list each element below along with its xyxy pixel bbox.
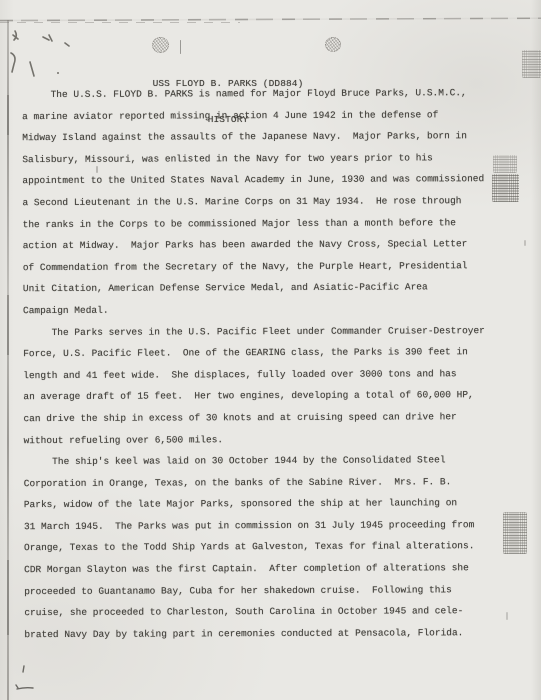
ink-smudge-right-top — [522, 50, 541, 78]
grommet-stamp-icon — [325, 37, 341, 52]
text-line: Corporation in Orange, Texas, on the ban… — [24, 471, 516, 495]
text-line: a Second Lieutenant in the U.S. Marine C… — [22, 190, 514, 214]
text-line: can drive the ship in excess of 30 knots… — [23, 406, 515, 430]
scanned-document-page: { "document": { "title_line1": "USS FLOY… — [0, 0, 541, 700]
text-line: Force, U.S. Pacific Fleet. One of the GE… — [23, 341, 515, 365]
text-line: Salisbury, Missouri, was enlisted in the… — [22, 147, 514, 171]
text-line: the ranks in the Corps to be commissione… — [23, 212, 515, 236]
stray-mark — [524, 240, 526, 246]
text-line: CDR Morgan Slayton was the first Captain… — [24, 557, 516, 581]
paragraph-1: The U.S.S. FLOYD B. PARKS is named for M… — [22, 82, 515, 322]
text-line: Midway Island against the assaults of th… — [22, 125, 514, 149]
document-body: The U.S.S. FLOYD B. PARKS is named for M… — [22, 82, 516, 646]
scan-edge-line-left-dark-segment — [7, 560, 9, 635]
text-line: of Commendation from the Secretary of th… — [23, 255, 515, 279]
text-line: a marine aviator reported missing in act… — [22, 104, 514, 128]
text-line: The Parks serves in the U.S. Pacific Fle… — [23, 320, 515, 344]
pencil-mark-bottom-left — [14, 662, 44, 696]
text-line: an average draft of 15 feet. Her two eng… — [23, 384, 515, 408]
text-line: The ship's keel was laid on 30 October 1… — [24, 449, 516, 473]
text-line: The U.S.S. FLOYD B. PARKS is named for M… — [22, 82, 514, 106]
text-line: brated Navy Day by taking part in ceremo… — [24, 622, 516, 646]
text-line: without refueling over 6,500 miles. — [24, 427, 516, 451]
grommet-stamp-icon — [152, 37, 169, 53]
text-line: 31 March 1945. The Parks was put in comm… — [24, 514, 516, 538]
scan-edge-line-top-secondary — [0, 22, 240, 23]
scan-edge-line-left-dark-segment — [7, 295, 9, 355]
paragraph-2: The Parks serves in the U.S. Pacific Fle… — [23, 320, 516, 452]
stray-mark — [180, 40, 181, 54]
text-line: proceeded to Guantanamo Bay, Cuba for he… — [24, 579, 516, 603]
text-line: Campaign Medal. — [23, 298, 515, 322]
text-line: Unit Citation, American Defense Service … — [23, 276, 515, 300]
paragraph-3: The ship's keel was laid on 30 October 1… — [24, 449, 517, 645]
text-line: Parks, widow of the late Major Parks, sp… — [24, 492, 516, 516]
text-line: length and 41 feet wide. She displaces, … — [23, 363, 515, 387]
text-line: cruise, she proceeded to Charleston, Sou… — [24, 600, 516, 624]
scan-edge-line-left-dark-segment — [7, 95, 9, 135]
paper-sheet: USS FLOYD B. PARKS (DD884) HISTORY The U… — [0, 0, 541, 700]
text-line: Orange, Texas to the Todd Ship Yards at … — [24, 535, 516, 559]
text-line: appointment to the United States Naval A… — [22, 168, 514, 192]
text-line: action at Midway. Major Parks has been a… — [23, 233, 515, 257]
